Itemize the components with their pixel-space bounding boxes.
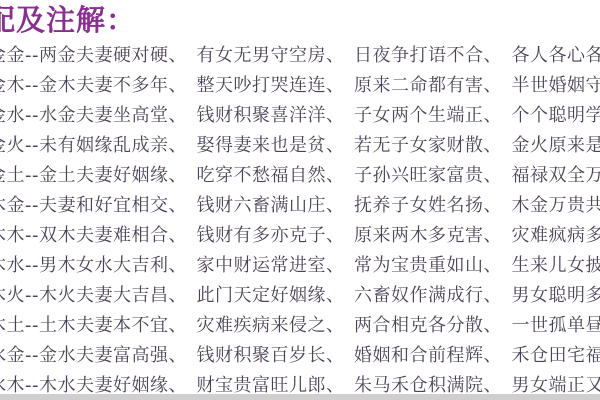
verse-row: 木火--木火夫妻大吉昌、 此门天定好姻缘、 六畜奴作满成行、 男女聪明多文化 [0, 281, 600, 311]
verse-row: 金木--金木夫妻不多年、 整天吵打哭连连、 原来二命都有害、 半世婚姻守寡年 [0, 71, 600, 101]
verse-list: 金金--两金夫妻硬对硬、 有女无男守空房、 日夜争打语不合、 各人各心各条心 金… [0, 41, 600, 400]
verse-row: 金土--金土夫妻好姻缘、 吃穿不愁福自然、 子孙兴旺家富贵、 福禄双全万万年 [0, 161, 600, 191]
verse-row: 水金--金水夫妻富高强、 钱财积聚百岁长、 婚姻和合前程辉、 禾仓田宅福寿长 [0, 341, 600, 371]
verse-row: 金水--水金夫妻坐高堂、 钱财积聚喜洋洋、 子女两个生端正、 个个聪明学文章 [0, 101, 600, 131]
verse-row: 金金--两金夫妻硬对硬、 有女无男守空房、 日夜争打语不合、 各人各心各条心 [0, 41, 600, 71]
page-title: 配及注解： [0, 0, 600, 40]
verse-row: 木土--土木夫妻本不宜、 灾难疾病来侵之、 两合相克各分散、 一世孤单昼夜啼 [0, 311, 600, 341]
fortune-text-page: 配及注解： 金金--两金夫妻硬对硬、 有女无男守空房、 日夜争打语不合、 各人各… [0, 0, 600, 400]
bottom-strip [0, 394, 600, 400]
verse-row: 木金--夫妻和好宜相交、 钱财六畜满山庄、 抚养子女姓名扬、 木金万贵共一床 [0, 191, 600, 221]
verse-row: 金火--未有姻缘乱成亲、 娶得妻来也是贫、 若无子女家财散、 金火原来是仇人 [0, 131, 600, 161]
verse-row: 木水--男木女水大吉利、 家中财运常进室、 常为宝贵重如山、 生来儿女披青衫 [0, 251, 600, 281]
verse-row: 木木--双木夫妻难相合、 钱财有多亦克子、 原来两木多克害、 灾难疯病多灾难 [0, 221, 600, 251]
